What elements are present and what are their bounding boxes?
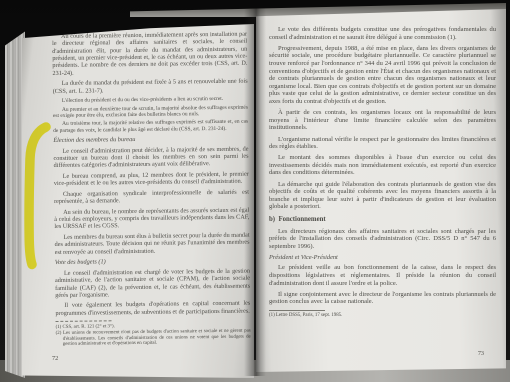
paragraph: Le président veille au bon fonctionnemen… — [269, 264, 496, 287]
paragraph: La démarche qui guide l'élaboration des … — [269, 181, 496, 211]
book-photo: Au cours de la première réunion, immédia… — [0, 0, 510, 382]
paragraph: Les membres du bureau sont élus à bullet… — [54, 231, 249, 255]
paragraph: Les directeurs régionaux des affaires sa… — [269, 228, 496, 251]
paragraph: Il signe conjointement avec le directeur… — [269, 291, 496, 306]
footnote-divider — [269, 310, 325, 311]
small-paragraph: Au premier et au deuxième tour de scruti… — [53, 104, 248, 119]
paragraph: Chaque organisation syndicale interprofe… — [54, 188, 249, 205]
page-number: 73 — [478, 350, 484, 357]
left-page: Au cours de la première réunion, immédia… — [22, 24, 254, 378]
small-paragraph: L'élection du président et du ou des vic… — [53, 96, 248, 105]
paragraph: Le bureau comprend, au plus, 12 membres … — [54, 171, 249, 188]
small-paragraph: Au troisième tour, la majorité relative … — [53, 119, 248, 134]
left-page-text: Au cours de la première réunion, immédia… — [52, 31, 251, 378]
section-heading: Élection des membres du bureau — [53, 135, 248, 145]
right-page: Le vote des différents budgets constitue… — [256, 9, 506, 372]
paragraph: La durée du mandat du président est fixé… — [53, 78, 248, 95]
paragraph: Le conseil d'administration est chargé d… — [55, 268, 250, 300]
paragraph: Progressivement, depuis 1988, a été mise… — [269, 45, 496, 106]
footnote: (1) Lettre DSS5, Paris, 17 sept. 1985. — [269, 313, 496, 319]
footnote-divider — [56, 320, 112, 322]
section-heading: b) Fonctionnement — [269, 216, 496, 224]
paragraph: Il vote également les budgets d'opératio… — [55, 300, 250, 317]
right-page-text: Le vote des différents budgets constitue… — [269, 26, 496, 372]
paragraph: À partir de ces contrats, les organismes… — [269, 109, 496, 132]
paragraph: Au cours de la première réunion, immédia… — [52, 31, 248, 77]
footnote: (2) Les unions de recouvrement n'ont pas… — [56, 329, 251, 348]
paragraph: Le montant des sommes disponibles à l'is… — [269, 154, 496, 177]
section-heading: Vote des budgets (1) — [55, 257, 250, 267]
paragraph: L'organisme national vérifie le respect … — [269, 136, 496, 151]
section-heading: Président et Vice-Président — [269, 254, 496, 262]
paragraph: Au sein du bureau, le nombre de représen… — [54, 206, 249, 230]
paragraph: Le conseil d'administration peut décider… — [53, 145, 248, 169]
paragraph: Le vote des différents budgets constitue… — [269, 26, 496, 41]
page-number: 72 — [52, 355, 58, 362]
